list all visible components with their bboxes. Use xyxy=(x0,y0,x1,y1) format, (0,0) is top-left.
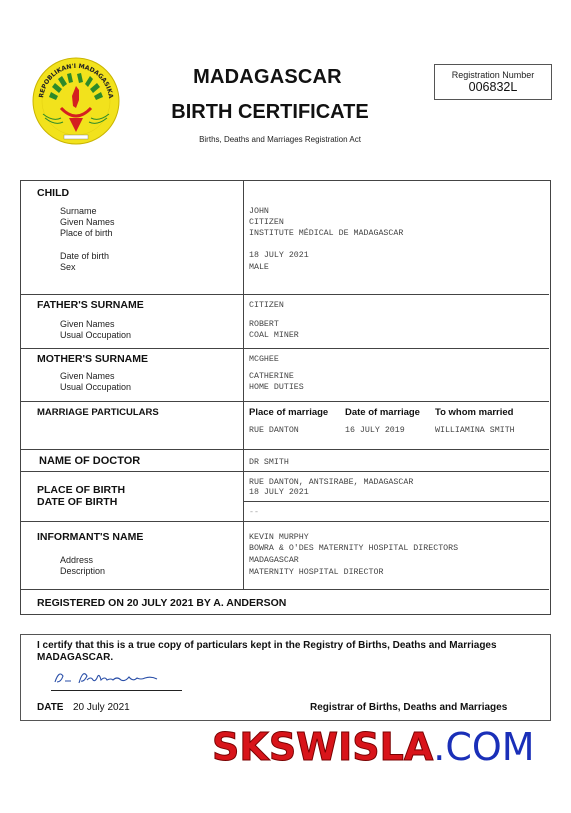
informant-description-label: Description xyxy=(60,566,105,577)
row-divider xyxy=(21,471,549,472)
particulars-table: CHILD Surname Given Names Place of birth… xyxy=(20,180,551,615)
registrar-title: Registrar of Births, Deaths and Marriage… xyxy=(310,702,507,713)
row-divider xyxy=(21,521,549,522)
informant-description-value: MATERNITY HOSPITAL DIRECTOR xyxy=(249,567,383,578)
child-place-of-birth-value: INSTITUTE MÉDICAL DE MADAGASCAR xyxy=(249,228,403,239)
informant-address-line1: BOWRA & O'DES MATERNITY HOSPITAL DIRECTO… xyxy=(249,543,458,554)
watermark: SKSWISLA.COM xyxy=(212,725,535,769)
signature-icon xyxy=(51,666,171,688)
child-surname-value: JOHN xyxy=(249,206,269,217)
row-subdivider xyxy=(243,501,549,502)
child-given-names-label: Given Names xyxy=(60,217,115,228)
father-heading: FATHER'S SURNAME xyxy=(37,299,144,311)
marriage-place-column: Place of marriage xyxy=(249,407,328,418)
child-date-of-birth-value: 18 JULY 2021 xyxy=(249,250,309,261)
informant-name-value: KEVIN MURPHY xyxy=(249,532,309,543)
act-subtitle: Births, Deaths and Marriages Registratio… xyxy=(160,135,400,144)
country-title: MADAGASCAR xyxy=(160,66,375,89)
mother-surname-value: MCGHEE xyxy=(249,354,279,365)
birth-date-value: 18 JULY 2021 xyxy=(249,487,309,498)
watermark-domain: .COM xyxy=(433,725,534,769)
mother-occupation-label: Usual Occupation xyxy=(60,382,131,393)
father-given-names-label: Given Names xyxy=(60,319,115,330)
mother-given-names-label: Given Names xyxy=(60,371,115,382)
doctor-heading: NAME OF DOCTOR xyxy=(39,455,140,467)
certification-date-value: 20 July 2021 xyxy=(73,702,130,713)
father-given-names-value: ROBERT xyxy=(249,319,279,330)
registration-number-box: Registration Number 006832L xyxy=(434,64,552,100)
child-given-names-value: CITIZEN xyxy=(249,217,284,228)
informant-address-label: Address xyxy=(60,555,93,566)
watermark-brand: SKSWISLA xyxy=(212,725,433,769)
child-heading: CHILD xyxy=(37,187,69,199)
certification-text: I certify that this is a true copy of pa… xyxy=(37,640,547,664)
row-divider xyxy=(21,348,549,349)
registration-label: Registration Number xyxy=(435,70,551,80)
place-of-birth-heading: PLACE OF BIRTH xyxy=(37,484,125,496)
mother-occupation-value: HOME DUTIES xyxy=(249,382,304,393)
father-surname-value: CITIZEN xyxy=(249,300,284,311)
row-divider xyxy=(21,401,549,402)
date-of-birth-heading: DATE OF BIRTH xyxy=(37,496,117,508)
registered-line: REGISTERED ON 20 JULY 2021 BY A. ANDERSO… xyxy=(37,597,286,609)
certification-date-label: DATE xyxy=(37,702,63,713)
child-sex-value: MALE xyxy=(249,262,269,273)
column-divider xyxy=(243,181,244,589)
certification-box: I certify that this is a true copy of pa… xyxy=(20,634,551,721)
mother-given-names-value: CATHERINE xyxy=(249,371,294,382)
row-divider xyxy=(21,589,549,590)
marriage-heading: MARRIAGE PARTICULARS xyxy=(37,407,159,418)
father-occupation-label: Usual Occupation xyxy=(60,330,131,341)
marriage-date-column: Date of marriage xyxy=(345,407,420,418)
signature-line xyxy=(51,690,182,691)
child-surname-label: Surname xyxy=(60,206,97,217)
doctor-value: DR SMITH xyxy=(249,457,289,468)
child-date-of-birth-label: Date of birth xyxy=(60,251,109,262)
row-divider xyxy=(21,449,549,450)
marriage-date-value: 16 JULY 2019 xyxy=(345,425,405,436)
marriage-spouse-value: WILLIAMINA SMITH xyxy=(435,425,515,436)
registration-number: 006832L xyxy=(435,80,551,94)
informant-heading: INFORMANT'S NAME xyxy=(37,531,143,543)
informant-address-line2: MADAGASCAR xyxy=(249,555,299,566)
document-title: BIRTH CERTIFICATE xyxy=(150,101,390,124)
child-place-of-birth-label: Place of birth xyxy=(60,228,113,239)
mother-heading: MOTHER'S SURNAME xyxy=(37,353,148,365)
birth-extra-value: -- xyxy=(249,507,259,518)
marriage-spouse-column: To whom married xyxy=(435,407,513,418)
marriage-place-value: RUE DANTON xyxy=(249,425,299,436)
row-divider xyxy=(21,294,549,295)
madagascar-seal-icon: REPOBLIKAN'I MADAGASIKARA xyxy=(31,56,121,146)
father-occupation-value: COAL MINER xyxy=(249,330,299,341)
child-sex-label: Sex xyxy=(60,262,76,273)
